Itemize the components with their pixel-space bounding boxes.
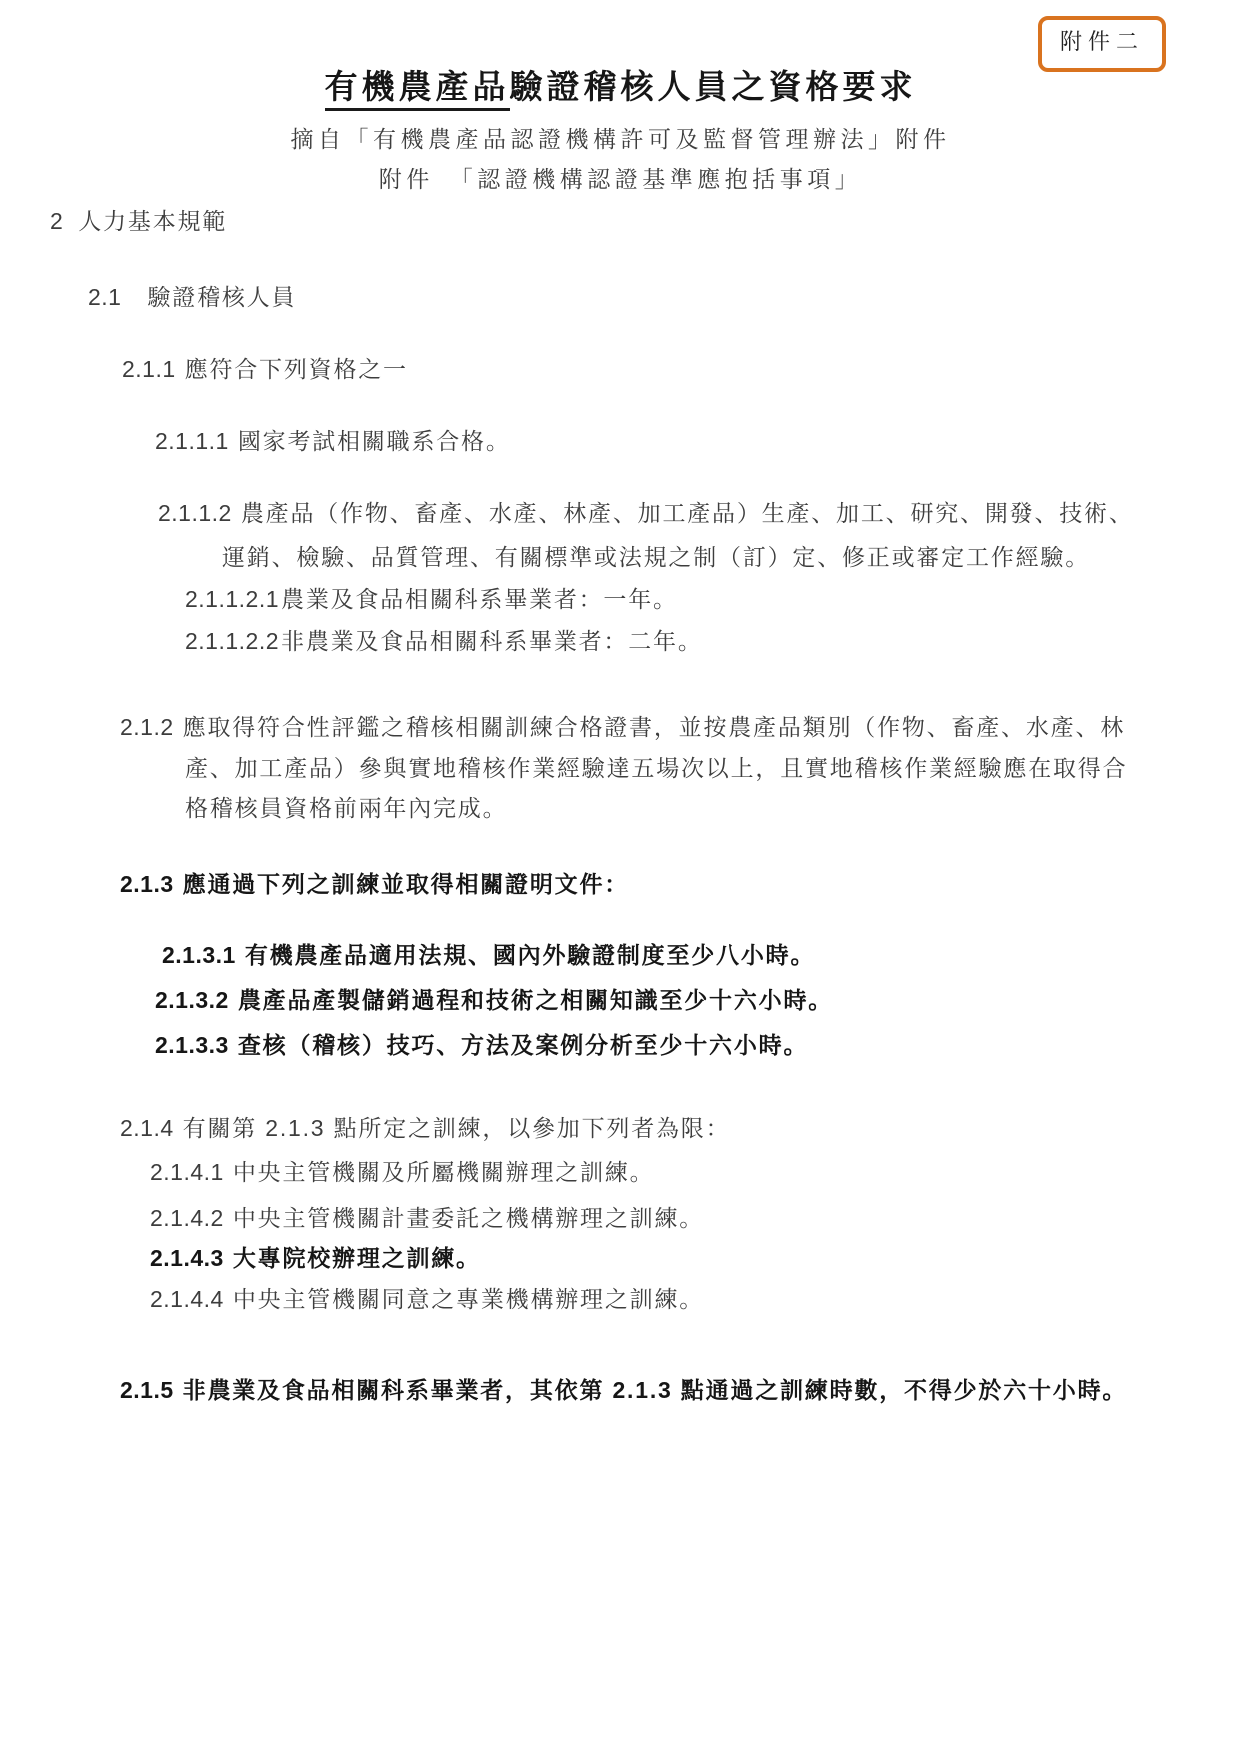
- section-2-1-3-text: 應通過下列之訓練並取得相關證明文件：: [183, 871, 629, 897]
- section-2-1-4-text: 有關第 2.1.3 點所定之訓練，以參加下列者為限：: [183, 1115, 731, 1141]
- section-2-1-1-number: 2.1.1: [122, 356, 176, 382]
- section-2-1-4-1-number: 2.1.4.1: [150, 1159, 224, 1185]
- section-2-1-1-2-2-text: 非農業及食品相關科系畢業者：二年。: [281, 628, 703, 654]
- section-2: 2人力基本規範: [50, 200, 227, 243]
- section-2-1-number: 2.1: [88, 284, 121, 310]
- section-2-1-4-2: 2.1.4.2中央主管機關計畫委託之機構辦理之訓練。: [150, 1197, 704, 1240]
- section-2-1-3-1-text: 有機農產品適用法規、國內外驗證制度至少八小時。: [245, 942, 815, 968]
- section-2-1-5: 2.1.5非農業及食品相關科系畢業者，其依第 2.1.3 點通過之訓練時數，不得…: [120, 1369, 1127, 1412]
- section-2-1-4-4: 2.1.4.4中央主管機關同意之專業機構辦理之訓練。: [150, 1278, 704, 1321]
- subtitle-attachment: 附件 「認證機構認證基準應抱括事項」: [0, 162, 1241, 196]
- section-2-1-4-1-text: 中央主管機關及所屬機關辦理之訓練。: [233, 1159, 655, 1185]
- section-2-1-4-1: 2.1.4.1中央主管機關及所屬機關辦理之訓練。: [150, 1151, 654, 1194]
- section-2-1-4-number: 2.1.4: [120, 1115, 174, 1141]
- document-page: 附件二 有機農產品驗證稽核人員之資格要求 摘自「有機農產品認證機構許可及監督管理…: [0, 0, 1241, 1755]
- section-2-1-3-2-text: 農產品產製儲銷過程和技術之相關知識至少十六小時。: [238, 987, 833, 1013]
- section-2-1-text: 驗證稽核人員: [147, 284, 296, 310]
- section-2-1-1-2-2: 2.1.1.2.2非農業及食品相關科系畢業者：二年。: [185, 620, 703, 663]
- subtitle-source: 摘自「有機農產品認證機構許可及監督管理辦法」附件: [0, 122, 1241, 156]
- section-2-1-5-text: 非農業及食品相關科系畢業者，其依第 2.1.3 點通過之訓練時數，不得少於六十小…: [183, 1377, 1128, 1403]
- section-2-1-3-1: 2.1.3.1有機農產品適用法規、國內外驗證制度至少八小時。: [162, 934, 815, 977]
- page-title-underlined-part: 有機農產品: [325, 68, 510, 111]
- section-2-1-1-2-text-line-1: 農產品（作物、畜產、水產、林產、加工產品）生產、加工、研究、開發、技術、: [241, 500, 1134, 526]
- section-2-1-1-2-2-number: 2.1.1.2.2: [185, 628, 279, 654]
- section-2-1-2-text-line-2: 產、加工產品）參與實地稽核作業經驗達五場次以上，且實地稽核作業經驗應在取得合: [185, 755, 1127, 781]
- section-2-1-3-2-number: 2.1.3.2: [155, 987, 229, 1013]
- section-2-1-1-1-text: 國家考試相關職系合格。: [238, 428, 511, 454]
- section-2-1-3: 2.1.3應通過下列之訓練並取得相關證明文件：: [120, 863, 629, 906]
- section-2-1-4-2-number: 2.1.4.2: [150, 1205, 224, 1231]
- section-2-1-3-3: 2.1.3.3查核（稽核）技巧、方法及案例分析至少十六小時。: [155, 1024, 808, 1067]
- attachment-badge-label: 附件二: [1060, 30, 1144, 55]
- section-2-1-3-number: 2.1.3: [120, 871, 174, 897]
- section-2-1-4-3-number: 2.1.4.3: [150, 1245, 224, 1271]
- section-2-1-4-3: 2.1.4.3大專院校辦理之訓練。: [150, 1237, 481, 1280]
- section-2-1-3-2: 2.1.3.2農產品產製儲銷過程和技術之相關知識至少十六小時。: [155, 979, 833, 1022]
- section-2-1-3-3-number: 2.1.3.3: [155, 1032, 229, 1058]
- section-2-1-4-3-text: 大專院校辦理之訓練。: [233, 1245, 481, 1271]
- section-2-1-2-line-1: 2.1.2應取得符合性評鑑之稽核相關訓練合格證書，並按農產品類別（作物、畜產、水…: [120, 706, 1125, 749]
- section-2-1-1-2-1-text: 農業及食品相關科系畢業者：一年。: [281, 586, 678, 612]
- section-2-1-1: 2.1.1應符合下列資格之一: [122, 348, 408, 391]
- section-2-1-2-text-line-3: 格稽核員資格前兩年內完成。: [185, 795, 507, 821]
- section-2-1-4-2-text: 中央主管機關計畫委託之機構辦理之訓練。: [233, 1205, 704, 1231]
- section-2-1-1-2-line-1: 2.1.1.2農產品（作物、畜產、水產、林產、加工產品）生產、加工、研究、開發、…: [158, 492, 1134, 535]
- section-2-1-2-line-2: 產、加工產品）參與實地稽核作業經驗達五場次以上，且實地稽核作業經驗應在取得合: [185, 747, 1127, 790]
- section-2-number: 2: [50, 208, 63, 234]
- section-2-1-1-2-text-line-2: 運銷、檢驗、品質管理、有關標準或法規之制（訂）定、修正或審定工作經驗。: [222, 544, 1090, 570]
- section-2-1-3-3-text: 查核（稽核）技巧、方法及案例分析至少十六小時。: [238, 1032, 808, 1058]
- section-2-1-2-text-line-1: 應取得符合性評鑑之稽核相關訓練合格證書，並按農產品類別（作物、畜產、水產、林: [183, 714, 1125, 740]
- section-2-1-1-1: 2.1.1.1國家考試相關職系合格。: [155, 420, 511, 463]
- section-2-1-4-4-number: 2.1.4.4: [150, 1286, 224, 1312]
- section-2-1-3-1-number: 2.1.3.1: [162, 942, 236, 968]
- page-title-rest: 驗證稽核人員之資格要求: [510, 68, 917, 105]
- page-title: 有機農產品驗證稽核人員之資格要求: [0, 64, 1241, 110]
- section-2-1-1-text: 應符合下列資格之一: [185, 356, 408, 382]
- section-2-1-1-2-line-2: 運銷、檢驗、品質管理、有關標準或法規之制（訂）定、修正或審定工作經驗。: [222, 536, 1090, 579]
- section-2-text: 人力基本規範: [78, 208, 227, 234]
- section-2-1-2-number: 2.1.2: [120, 714, 174, 740]
- section-2-1-1-1-number: 2.1.1.1: [155, 428, 229, 454]
- section-2-1: 2.1驗證稽核人員: [88, 276, 296, 319]
- section-2-1-4: 2.1.4有關第 2.1.3 點所定之訓練，以參加下列者為限：: [120, 1107, 730, 1150]
- section-2-1-1-2-1: 2.1.1.2.1農業及食品相關科系畢業者：一年。: [185, 578, 678, 621]
- section-2-1-4-4-text: 中央主管機關同意之專業機構辦理之訓練。: [233, 1286, 704, 1312]
- section-2-1-2-line-3: 格稽核員資格前兩年內完成。: [185, 787, 507, 830]
- section-2-1-1-2-number: 2.1.1.2: [158, 500, 232, 526]
- section-2-1-1-2-1-number: 2.1.1.2.1: [185, 586, 279, 612]
- section-2-1-5-number: 2.1.5: [120, 1377, 174, 1403]
